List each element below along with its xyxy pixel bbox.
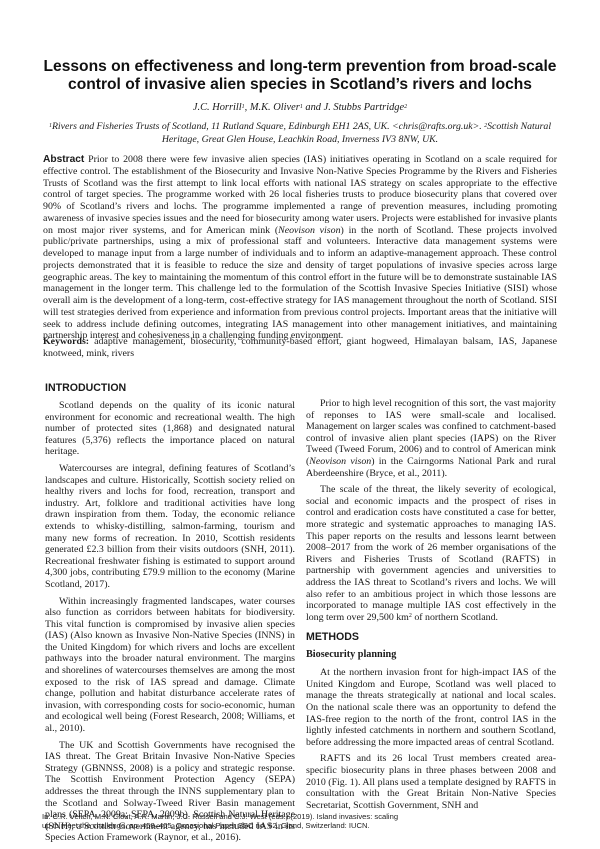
introduction-heading: INTRODUCTION <box>45 382 295 394</box>
body-paragraph: The scale of the threat, the likely seve… <box>306 484 556 623</box>
superscript: 2 <box>409 613 412 619</box>
left-column: INTRODUCTION Scotland depends on the qua… <box>45 382 295 849</box>
affiliations: 1Rivers and Fisheries Trusts of Scotland… <box>30 121 570 146</box>
author-name: J. Stubbs Partridge <box>324 102 405 113</box>
keywords-text: adaptive management, biosecurity, commun… <box>43 336 557 359</box>
body-paragraph: At the northern invasion front for high-… <box>306 667 556 748</box>
body-paragraph: Prior to high level recognition of this … <box>306 398 556 479</box>
abstract-text: ) in the north of Scotland. These projec… <box>43 225 557 342</box>
author-affiliation-marker: 1 <box>242 104 245 110</box>
body-paragraph: Within increasingly fragmented landscape… <box>45 596 295 735</box>
author-separator: and <box>303 102 324 113</box>
author-name: J.C. Horrill <box>193 102 242 113</box>
body-paragraph: Scotland depends on the quality of its i… <box>45 400 295 458</box>
abstract: Abstract Prior to 2008 there were few in… <box>43 154 557 342</box>
author-affiliation-marker: 1 <box>300 104 303 110</box>
abstract-label: Abstract <box>43 154 84 165</box>
author-name: M.K. Oliver <box>250 102 300 113</box>
affiliation-marker: 2 <box>484 123 487 129</box>
affiliation-text: Rivers and Fisheries Trusts of Scotland,… <box>52 121 484 132</box>
citation-footer: In: C.R. Veitch, M.N. Clout, A.R. Martin… <box>42 812 442 831</box>
citation-line: In: C.R. Veitch, M.N. Clout, A.R. Martin… <box>42 812 442 821</box>
paragraph-text: of northern Scotland. <box>412 612 498 623</box>
right-column: Prior to high level recognition of this … <box>306 398 556 816</box>
affiliation-marker: 1 <box>49 123 52 129</box>
methods-heading: METHODS <box>306 631 556 643</box>
paper-title: Lessons on effectiveness and long-term p… <box>40 58 560 94</box>
subsection-heading: Biosecurity planning <box>306 649 556 661</box>
author-list: J.C. Horrill1, M.K. Oliver1 and J. Stubb… <box>40 102 560 114</box>
author-affiliation-marker: 2 <box>404 104 407 110</box>
paragraph-text: The scale of the threat, the likely seve… <box>306 484 556 623</box>
citation-line: up to meet the challenge, pp. 458–465. O… <box>42 821 442 830</box>
species-name: Neovison vison <box>309 456 371 467</box>
body-paragraph: Watercourses are integral, defining feat… <box>45 463 295 591</box>
abstract-text: Prior to 2008 there were few invasive al… <box>43 154 557 236</box>
keywords-label: Keywords: <box>43 336 89 347</box>
paper-page: Lessons on effectiveness and long-term p… <box>0 0 600 849</box>
keywords: Keywords: adaptive management, biosecuri… <box>43 336 557 360</box>
body-paragraph: RAFTS and its 26 local Trust members cre… <box>306 753 556 811</box>
species-name: Neovison vison <box>278 225 340 236</box>
